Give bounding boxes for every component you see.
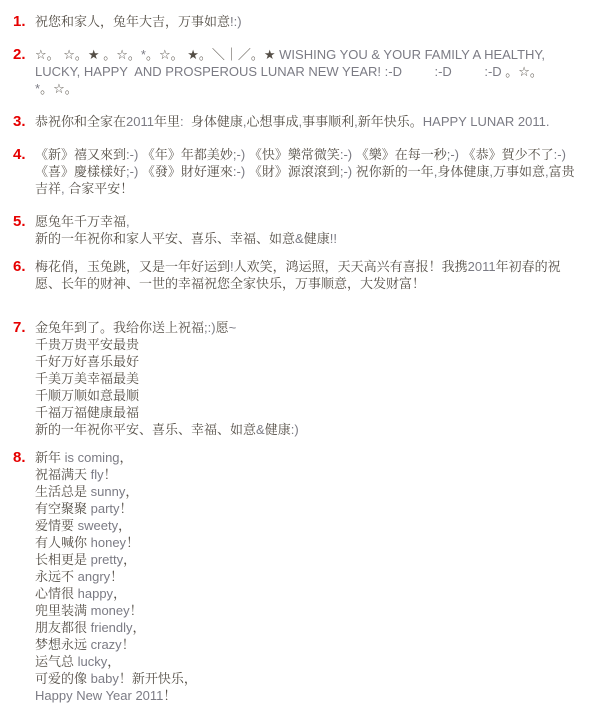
- greeting-line: 千福万福健康最福: [35, 404, 590, 421]
- greeting-number: 4.: [13, 146, 35, 163]
- greeting-text: 愿兔年千万幸福,新的一年祝你和家人平安、喜乐、幸福、如意&健康!!: [35, 213, 590, 247]
- greeting-number: 5.: [13, 213, 35, 230]
- greeting-line: 恭祝你和全家在2011年里: 身体健康,心想事成,事事顺利,新年快乐。HAPPY…: [35, 113, 590, 130]
- greeting-line: 朋友都很 friendly，: [35, 619, 590, 636]
- greeting-line: 永远不 angry！: [35, 568, 590, 585]
- latin-text-segment: is coming: [61, 450, 120, 465]
- greeting-line: 运气总 lucky，: [35, 653, 590, 670]
- latin-text-segment: friendly: [87, 620, 133, 635]
- latin-text-segment: *: [35, 81, 40, 96]
- latin-text-segment: ,: [434, 164, 438, 179]
- greeting-line: 《新》禧又來到:-) 《年》年都美妙;-) 《快》樂常微笑:-) 《樂》在每一秒…: [35, 146, 590, 163]
- greeting-number: 1.: [13, 13, 35, 30]
- greeting-line: 梅花俏，玉兔跳，又是一年好运到!人欢笑，鸿运照，天天高兴有喜报！我携2011年初…: [35, 258, 590, 275]
- greeting-line: 爱情要 sweety，: [35, 517, 590, 534]
- greeting-item: 6.梅花俏，玉兔跳，又是一年好运到!人欢笑，鸿运照，天天高兴有喜报！我携2011…: [13, 258, 590, 292]
- greeting-line: 千贵万贵平安最贵: [35, 336, 590, 353]
- greeting-line: 新年 is coming，: [35, 449, 590, 466]
- latin-text-segment: 2011: [468, 259, 496, 274]
- latin-text-segment: ,: [243, 114, 247, 129]
- greeting-text: 《新》禧又來到:-) 《年》年都美妙;-) 《快》樂常微笑:-) 《樂》在每一秒…: [35, 146, 590, 197]
- latin-text-segment: lucky: [74, 654, 107, 669]
- greeting-number: 7.: [13, 319, 35, 336]
- greeting-item: 1.祝您和家人，兔年大吉，万事如意!:): [13, 13, 590, 30]
- greeting-line: 愿兔年千万幸福,: [35, 213, 590, 230]
- greeting-line: 长相更是 pretty，: [35, 551, 590, 568]
- greetings-page: 1.祝您和家人，兔年大吉，万事如意!:)2.☆。 ☆。★ 。☆。*。☆。 ★。＼…: [0, 0, 600, 712]
- latin-text-segment: honey: [87, 535, 126, 550]
- latin-text-segment: ,: [545, 164, 549, 179]
- greeting-line: 千顺万顺如意最顺: [35, 387, 590, 404]
- greeting-line: 千好万好喜乐最好: [35, 353, 590, 370]
- greeting-list: 1.祝您和家人，兔年大吉，万事如意!:)2.☆。 ☆。★ 。☆。*。☆。 ★。＼…: [13, 13, 590, 704]
- latin-text-segment: sunny: [87, 484, 125, 499]
- greeting-text: ☆。 ☆。★ 。☆。*。☆。 ★。＼｜／。★ WISHING YOU & YOU…: [35, 46, 590, 97]
- greeting-line: 有空聚聚 party！: [35, 500, 590, 517]
- latin-text-segment: baby: [87, 671, 119, 686]
- latin-text-segment: pretty: [87, 552, 123, 567]
- latin-text-segment: :-): [233, 164, 249, 179]
- greeting-number: 8.: [13, 449, 35, 466]
- latin-text-segment: Happy New Year 2011: [35, 688, 163, 703]
- greeting-item: 8.新年 is coming，祝福满天 fly！生活总是 sunny，有空聚聚 …: [13, 449, 590, 704]
- latin-text-segment: angry: [74, 569, 110, 584]
- greeting-line: 生活总是 sunny，: [35, 483, 590, 500]
- greeting-text: 新年 is coming，祝福满天 fly！生活总是 sunny，有空聚聚 pa…: [35, 449, 590, 704]
- latin-text-segment: ~: [229, 320, 237, 335]
- greeting-line: ☆。 ☆。★ 。☆。*。☆。 ★。＼｜／。★ WISHING YOU & YOU…: [35, 46, 590, 63]
- greeting-item: 2.☆。 ☆。★ 。☆。*。☆。 ★。＼｜／。★ WISHING YOU & Y…: [13, 46, 590, 97]
- latin-text-segment: :-): [554, 147, 566, 162]
- greeting-item: 4.《新》禧又來到:-) 《年》年都美妙;-) 《快》樂常微笑:-) 《樂》在每…: [13, 146, 590, 197]
- greeting-line: 梦想永远 crazy！: [35, 636, 590, 653]
- latin-text-segment: ,: [299, 114, 303, 129]
- latin-text-segment: :: [180, 114, 191, 129]
- latin-text-segment: [60, 47, 64, 62]
- latin-text-segment: ;-): [447, 147, 463, 162]
- greeting-line: 新的一年祝你平安、喜乐、幸福、如意&健康:): [35, 421, 590, 438]
- latin-text-segment: &: [295, 231, 304, 246]
- greeting-text: 祝您和家人，兔年大吉，万事如意!:): [35, 13, 590, 30]
- latin-text-segment: *: [141, 47, 146, 62]
- latin-text-segment: HAPPY LUNAR 2011.: [423, 114, 550, 129]
- latin-text-segment: ;-): [126, 164, 142, 179]
- latin-text-segment: ;-): [340, 164, 356, 179]
- latin-text-segment: [100, 47, 104, 62]
- greeting-text: 恭祝你和全家在2011年里: 身体健康,心想事成,事事顺利,新年快乐。HAPPY…: [35, 113, 590, 130]
- greeting-line: 新的一年祝你和家人平安、喜乐、幸福、如意&健康!!: [35, 230, 590, 247]
- greeting-line: 心情很 happy，: [35, 585, 590, 602]
- latin-text-segment: ,: [354, 114, 358, 129]
- latin-text-segment: party: [87, 501, 120, 516]
- greeting-line: 可爱的像 baby！新开快乐，: [35, 670, 590, 687]
- latin-text-segment: fly: [87, 467, 104, 482]
- latin-text-segment: LUCKY, HAPPY AND PROSPEROUS LUNAR NEW YE…: [35, 64, 505, 79]
- greeting-line: 《喜》慶樣樣好;-) 《發》財好運來:-) 《財》源滾滾到;-) 祝你新的一年,…: [35, 163, 590, 180]
- greeting-line: 金兔年到了。我给你送上祝福;:)愿~: [35, 319, 590, 336]
- greeting-item: 3.恭祝你和全家在2011年里: 身体健康,心想事成,事事顺利,新年快乐。HAP…: [13, 113, 590, 130]
- greeting-line: 千美万美幸福最美: [35, 370, 590, 387]
- latin-text-segment: :): [291, 422, 299, 437]
- latin-text-segment: ,: [126, 214, 130, 229]
- greeting-line: LUCKY, HAPPY AND PROSPEROUS LUNAR NEW YE…: [35, 63, 590, 80]
- latin-text-segment: happy: [74, 586, 113, 601]
- latin-text-segment: &: [256, 422, 265, 437]
- latin-text-segment: ,: [61, 181, 68, 196]
- latin-text-segment: WISHING YOU & YOUR FAMILY A HEALTHY,: [276, 47, 545, 62]
- latin-text-segment: crazy: [87, 637, 122, 652]
- latin-text-segment: sweety: [74, 518, 118, 533]
- greeting-line: 愿、长年的财神、一世的幸福祝您全家快乐，万事顺意，大发财富！: [35, 275, 590, 292]
- greeting-line: 有人喊你 honey！: [35, 534, 590, 551]
- greeting-line: 祝福满天 fly！: [35, 466, 590, 483]
- greeting-line: 吉祥, 合家平安！: [35, 180, 590, 197]
- greeting-text: 金兔年到了。我给你送上祝福;:)愿~千贵万贵平安最贵千好万好喜乐最好千美万美幸福…: [35, 319, 590, 438]
- greeting-number: 3.: [13, 113, 35, 130]
- latin-text-segment: !!: [330, 231, 337, 246]
- latin-text-segment: :-): [340, 147, 356, 162]
- greeting-number: 6.: [13, 258, 35, 275]
- greeting-line: Happy New Year 2011！: [35, 687, 590, 704]
- greeting-line: 祝您和家人，兔年大吉，万事如意!:): [35, 13, 590, 30]
- latin-text-segment: !:): [230, 14, 242, 29]
- latin-text-segment: ;:): [204, 320, 216, 335]
- greeting-number: 2.: [13, 46, 35, 63]
- latin-text-segment: [184, 47, 188, 62]
- latin-text-segment: money: [87, 603, 130, 618]
- greeting-item: 7.金兔年到了。我给你送上祝福;:)愿~千贵万贵平安最贵千好万好喜乐最好千美万美…: [13, 319, 590, 438]
- latin-text-segment: 2011: [126, 114, 154, 129]
- greeting-line: *。☆。: [35, 80, 590, 97]
- greeting-item: 5.愿兔年千万幸福,新的一年祝你和家人平安、喜乐、幸福、如意&健康!!: [13, 213, 590, 247]
- latin-text-segment: ;-): [233, 147, 249, 162]
- latin-text-segment: !: [230, 259, 234, 274]
- latin-text-segment: :-): [126, 147, 142, 162]
- greeting-text: 梅花俏，玉兔跳，又是一年好运到!人欢笑，鸿运照，天天高兴有喜报！我携2011年初…: [35, 258, 590, 292]
- greeting-line: 兜里装满 money！: [35, 602, 590, 619]
- latin-text-segment: ,: [489, 164, 493, 179]
